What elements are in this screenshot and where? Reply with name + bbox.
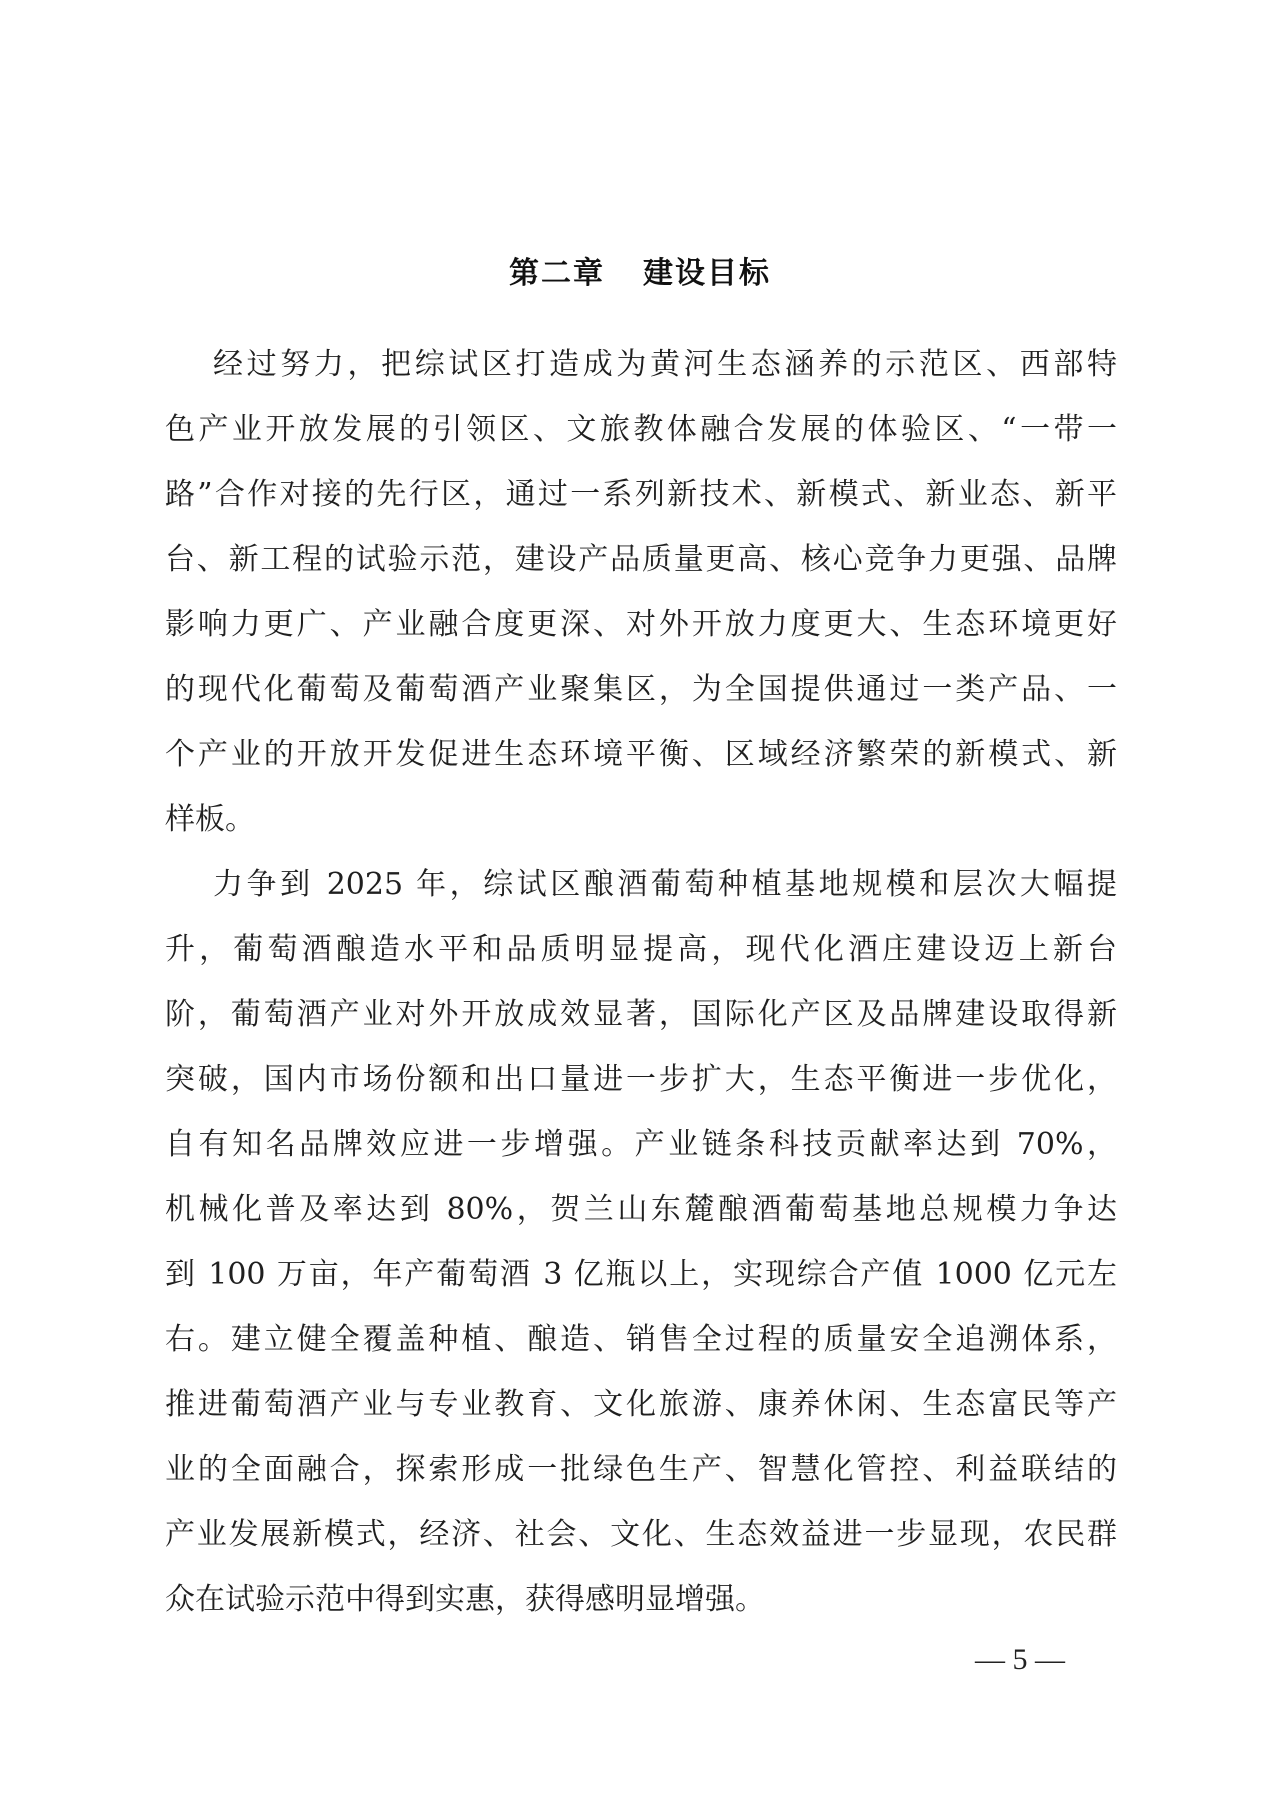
paragraph-2-line: 右。建立健全覆盖种植、酿造、销售全过程的质量安全追溯体系，	[165, 1307, 1117, 1372]
paragraph-2-line: 产业发展新模式，经济、社会、文化、生态效益进一步显现，农民群	[165, 1502, 1117, 1567]
paragraph-2-line: 力争到 2025 年，综试区酿酒葡萄种植基地规模和层次大幅提	[165, 852, 1117, 917]
paragraph-2-line: 业的全面融合，探索形成一批绿色生产、智慧化管控、利益联结的	[165, 1437, 1117, 1502]
paragraph-1-line: 色产业开放发展的引领区、文旅教体融合发展的体验区、“一带一	[165, 397, 1117, 462]
chapter-title-text: 建设目标	[643, 256, 771, 291]
paragraph-2-line: 升，葡萄酒酿造水平和品质明显提高，现代化酒庄建设迈上新台	[165, 917, 1117, 982]
paragraph-1-line: 台、新工程的试验示范，建设产品质量更高、核心竞争力更强、品牌	[165, 527, 1117, 592]
paragraph-1-line: 路”合作对接的先行区，通过一系列新技术、新模式、新业态、新平	[165, 462, 1117, 527]
paragraph-1-line: 经过努力，把综试区打造成为黄河生态涵养的示范区、西部特	[165, 332, 1117, 397]
body-text: 经过努力，把综试区打造成为黄河生态涵养的示范区、西部特 色产业开放发展的引领区、…	[165, 332, 1117, 1632]
paragraph-1-line: 的现代化葡萄及葡萄酒产业聚集区，为全国提供通过一类产品、一	[165, 657, 1117, 722]
page-number: — 5 —	[945, 1640, 1095, 1680]
paragraph-1-line: 样板。	[165, 787, 1117, 852]
chapter-heading: 第二章建设目标	[0, 248, 1280, 292]
document-page: 第二章建设目标 经过努力，把综试区打造成为黄河生态涵养的示范区、西部特 色产业开…	[0, 0, 1280, 1811]
paragraph-2-line: 自有知名品牌效应进一步增强。产业链条科技贡献率达到 70%，	[165, 1112, 1117, 1177]
paragraph-2-line: 阶，葡萄酒产业对外开放成效显著，国际化产区及品牌建设取得新	[165, 982, 1117, 1047]
paragraph-2-line: 机械化普及率达到 80%，贺兰山东麓酿酒葡萄基地总规模力争达	[165, 1177, 1117, 1242]
paragraph-1-line: 个产业的开放开发促进生态环境平衡、区域经济繁荣的新模式、新	[165, 722, 1117, 787]
paragraph-2-line: 推进葡萄酒产业与专业教育、文化旅游、康养休闲、生态富民等产	[165, 1372, 1117, 1437]
paragraph-2-line: 突破，国内市场份额和出口量进一步扩大，生态平衡进一步优化，	[165, 1047, 1117, 1112]
paragraph-2-line: 众在试验示范中得到实惠，获得感明显增强。	[165, 1567, 1117, 1632]
chapter-number: 第二章	[509, 256, 605, 291]
paragraph-2-line: 到 100 万亩，年产葡萄酒 3 亿瓶以上，实现综合产值 1000 亿元左	[165, 1242, 1117, 1307]
paragraph-1-line: 影响力更广、产业融合度更深、对外开放力度更大、生态环境更好	[165, 592, 1117, 657]
